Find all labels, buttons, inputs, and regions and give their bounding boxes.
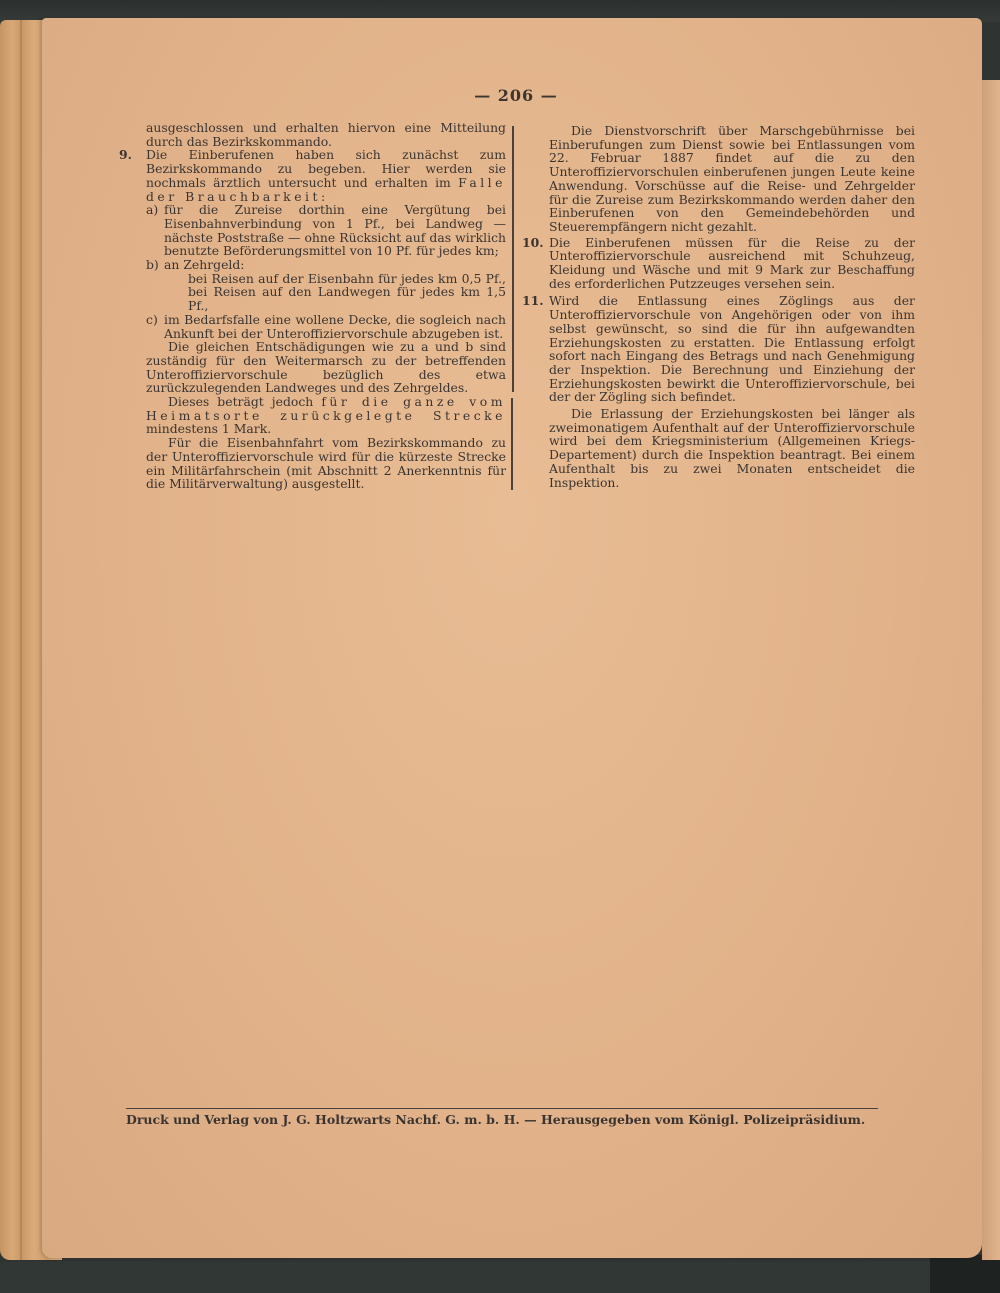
paragraph-service-regulation: Die Dienstvorschrift über Marschgebührni… (549, 124, 915, 234)
subitem-label: b) (146, 258, 159, 272)
paragraph-compensation: Die gleichen Entschädigungen wie zu a un… (146, 340, 506, 395)
section-9: 9. Die Einberufenen haben sich zunächst … (146, 148, 506, 203)
section-10-text: Die Einberufenen müssen für die Reise zu… (549, 236, 915, 291)
subitem-label: a) (146, 203, 158, 217)
page-number: — 206 — (466, 86, 566, 105)
book-cover-shadow (930, 1255, 1000, 1293)
subitem-label: c) (146, 313, 158, 327)
subitem-c: c) im Bedarfsfalle eine wollene Decke, d… (146, 313, 506, 340)
section-11-text: Wird die Entlassung eines Zöglings aus d… (549, 294, 915, 404)
section-number: 10. (522, 236, 544, 250)
stacked-page-edges-right (982, 80, 1000, 1260)
left-column: ausgeschlossen und erhalten hiervon eine… (146, 121, 506, 491)
paragraph-rail-ticket: Für die Eisenbahnfahrt vom Bezirkskomman… (146, 436, 506, 491)
subitem-text: an Zehrgeld: (164, 257, 245, 272)
subitem-b: b) an Zehrgeld: (146, 258, 506, 272)
section-9-intro: Die Einberufenen haben sich zunächst zum… (146, 148, 506, 203)
subitem-a: a) für die Zureise dorthin eine Vergütun… (146, 203, 506, 258)
paragraph-minimum: Dieses beträgt jedoch für die ganze vom … (146, 395, 506, 436)
right-column: Die Dienstvorschrift über Marschgebührni… (549, 124, 915, 489)
book-cover-bottom (0, 1262, 1000, 1293)
subitem-text: im Bedarfsfalle eine wollene Decke, die … (164, 312, 506, 341)
column-rule-upper (512, 126, 514, 392)
continuation-text: ausgeschlossen und erhalten hiervon eine… (146, 121, 506, 148)
section-number: 11. (522, 294, 544, 308)
section-11: 11. Wird die Entlassung eines Zöglings a… (549, 294, 915, 404)
footer-divider (126, 1108, 878, 1109)
subitem-text: für die Zureise dorthin eine Vergütung b… (164, 202, 506, 258)
publisher-imprint: Druck und Verlag von J. G. Holtzwarts Na… (126, 1112, 906, 1127)
section-9-intro-text: Die Einberufenen haben sich zunächst zum… (146, 147, 506, 189)
paragraph-cost-waiver: Die Erlassung der Erziehungskosten bei l… (549, 407, 915, 489)
section-10: 10. Die Einberufenen müssen für die Reis… (549, 236, 915, 291)
subitem-b-detail: bei Reisen auf der Eisenbahn für jedes k… (146, 272, 506, 313)
column-rule-lower (511, 398, 513, 490)
section-number: 9. (119, 148, 132, 162)
